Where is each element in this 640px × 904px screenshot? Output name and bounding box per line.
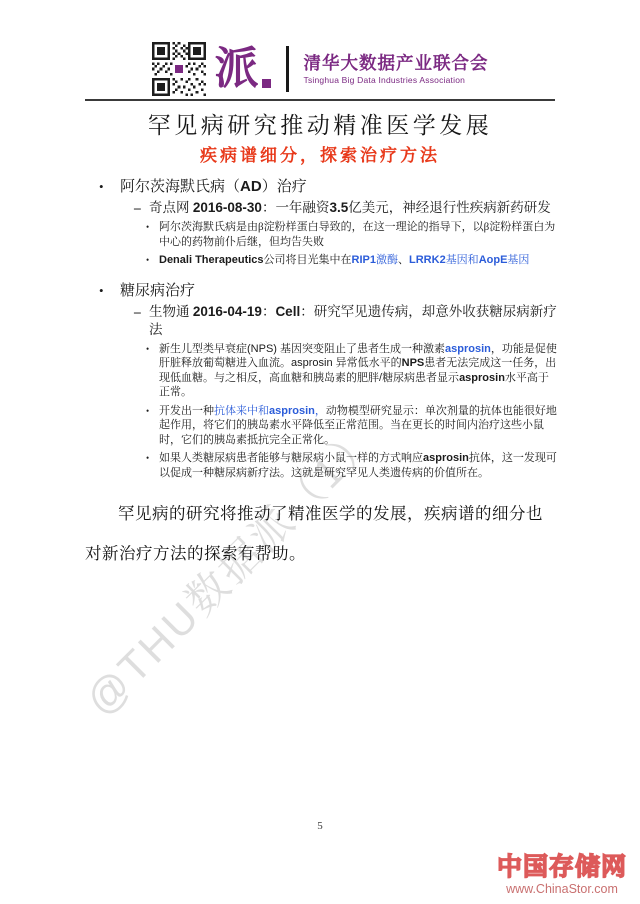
header-divider — [286, 46, 289, 92]
text-run: 公司将目光集中在 — [264, 254, 352, 266]
org-name-cn: 清华大数据产业联合会 — [304, 53, 489, 73]
outline-text: 奇点网 2016-08-30：一年融资3.5亿美元，神经退行性疾病新药研发 — [149, 199, 557, 217]
text-run: ）治疗 — [262, 179, 307, 195]
document-page: 派 清华大数据产业联合会 Tsinghua Big Data Industrie… — [0, 0, 640, 904]
outline-text: 糖尿病治疗 — [120, 281, 557, 301]
text-run: asprosin — [291, 357, 336, 369]
text-run: 2016-04-19 — [193, 304, 262, 319]
text-run: 奇点网 — [149, 200, 193, 215]
text-run: 基因 — [507, 254, 529, 266]
outline-text: 开发出一种抗体来中和asprosin，动物模型研究显示：单次剂量的抗体也能很好地… — [159, 404, 557, 448]
text-run: 2016-08-30 — [193, 200, 262, 215]
outline-item-diabetes-detail-3: • 如果人类糖尿病患者能够与糖尿病小鼠一样的方式响应asprosin抗体，这一发… — [146, 451, 557, 480]
text-run: Cell — [275, 304, 300, 319]
org-name-block: 清华大数据产业联合会 Tsinghua Big Data Industries … — [304, 53, 489, 85]
text-run: 糖尿病患者显示 — [382, 372, 459, 384]
text-run: 糖尿病治疗 — [120, 283, 195, 299]
text-run: 阿尔茨海默氏病是由β淀粉样蛋白导致的，在这一理论的指导下，以β淀粉样蛋白为中心的… — [159, 221, 555, 248]
text-run: 基因和 — [446, 254, 479, 266]
bullet-icon: • — [146, 404, 159, 448]
outline-item-ad-detail-1: • 阿尔茨海默氏病是由β淀粉样蛋白导致的，在这一理论的指导下，以β淀粉样蛋白为中… — [146, 220, 557, 249]
text-run: 3.5 — [329, 200, 348, 215]
dash-icon: – — [134, 199, 149, 217]
text-run: 如果人类糖尿病患者能够与糖尿病小鼠一样的方式响应 — [159, 452, 423, 464]
text-run: (NPS) — [247, 343, 280, 355]
bullet-icon: • — [99, 281, 120, 301]
outline-text: 新生儿型类早衰症(NPS) 基因突变阻止了患者生成一种激素asprosin，功能… — [159, 342, 557, 400]
outline-item-diabetes-treatment: • 糖尿病治疗 — [99, 281, 557, 301]
outline-text: 阿尔茨海默氏病（AD）治疗 — [120, 177, 557, 197]
qr-code-icon — [152, 42, 206, 96]
outline-text: Denali Therapeutics公司将目光集中在RIP1激酶、LRRK2基… — [159, 253, 557, 268]
text-run: RIP1 — [352, 254, 376, 266]
header: 派 清华大数据产业联合会 Tsinghua Big Data Industrie… — [0, 42, 640, 96]
text-run: AopE — [479, 254, 508, 266]
pai-logo: 派 — [215, 47, 271, 91]
outline-item-ad-treatment: • 阿尔茨海默氏病（AD）治疗 — [99, 177, 557, 197]
text-run: Denali Therapeutics — [159, 254, 264, 266]
document-body: • 阿尔茨海默氏病（AD）治疗 – 奇点网 2016-08-30：一年融资3.5… — [85, 177, 557, 574]
bullet-icon: • — [146, 220, 159, 249]
page-number: 5 — [0, 820, 640, 832]
page-subtitle: 疾病谱细分，探索治疗方法 — [0, 141, 640, 166]
chinastor-site-url: www.ChinaStor.com — [497, 882, 627, 896]
outline-item-diabetes-detail-2: • 开发出一种抗体来中和asprosin，动物模型研究显示：单次剂量的抗体也能很… — [146, 404, 557, 448]
text-run: asprosin — [459, 372, 505, 384]
text-run: NPS — [402, 357, 425, 369]
header-rule — [85, 99, 555, 101]
text-run: LRRK2 — [409, 254, 446, 266]
outline-text: 阿尔茨海默氏病是由β淀粉样蛋白导致的，在这一理论的指导下，以β淀粉样蛋白为中心的… — [159, 220, 557, 249]
chinastor-site-name: 中国存储网 — [497, 854, 627, 882]
text-run: ： — [262, 200, 276, 215]
text-run: ： — [262, 304, 276, 319]
text-run: 、 — [398, 254, 409, 266]
org-name-en: Tsinghua Big Data Industries Association — [304, 75, 489, 85]
outline-item-diabetes-detail-1: • 新生儿型类早衰症(NPS) 基因突变阻止了患者生成一种激素asprosin，… — [146, 342, 557, 400]
text-run: 抗体来中和 — [214, 405, 269, 417]
closing-paragraph: 罕见病的研究将推动了精准医学的发展，疾病谱的细分也对新治疗方法的探索有帮助。 — [85, 494, 557, 574]
text-run: ， — [315, 405, 326, 417]
text-run: asprosin — [445, 343, 491, 355]
text-run: 生物通 — [149, 304, 193, 319]
text-run: 开发出一种 — [159, 405, 214, 417]
text-run: 阿尔茨海默氏病（ — [120, 179, 240, 195]
bullet-icon: • — [146, 342, 159, 400]
text-run: 基因突变阻止了患者生成一种激素 — [280, 343, 445, 355]
text-run: ： — [300, 304, 314, 319]
outline-item-ad-detail-2: • Denali Therapeutics公司将目光集中在RIP1激酶、LRRK… — [146, 253, 557, 268]
dash-icon: – — [134, 303, 149, 339]
text-run: 亿美元，神经退行性疾病新药研发 — [348, 200, 551, 215]
text-run: 激酶 — [376, 254, 398, 266]
pai-logo-dot-icon — [262, 79, 271, 88]
text-run: AD — [240, 178, 262, 195]
bullet-icon: • — [146, 253, 159, 268]
outline-text: 生物通 2016-04-19：Cell：研究罕见遗传病，却意外收获糖尿病新疗法 — [149, 303, 557, 339]
pai-logo-char: 派 — [215, 47, 259, 91]
bullet-icon: • — [99, 177, 120, 197]
text-run: asprosin — [269, 405, 315, 417]
outline: • 阿尔茨海默氏病（AD）治疗 – 奇点网 2016-08-30：一年融资3.5… — [99, 177, 557, 480]
text-run: 异常低水平的 — [336, 357, 402, 369]
outline-item-ad-news: – 奇点网 2016-08-30：一年融资3.5亿美元，神经退行性疾病新药研发 — [134, 199, 557, 217]
chinastor-logo: 中国存储网 www.ChinaStor.com — [497, 854, 627, 897]
text-run: 新生儿型类早衰症 — [159, 343, 247, 355]
text-run: 一年融资 — [275, 200, 329, 215]
bullet-icon: • — [146, 451, 159, 480]
text-run: asprosin — [423, 452, 469, 464]
page-title: 罕见病研究推动精准医学发展 — [0, 107, 640, 140]
outline-item-diabetes-news: – 生物通 2016-04-19：Cell：研究罕见遗传病，却意外收获糖尿病新疗… — [134, 303, 557, 339]
outline-text: 如果人类糖尿病患者能够与糖尿病小鼠一样的方式响应asprosin抗体，这一发现可… — [159, 451, 557, 480]
